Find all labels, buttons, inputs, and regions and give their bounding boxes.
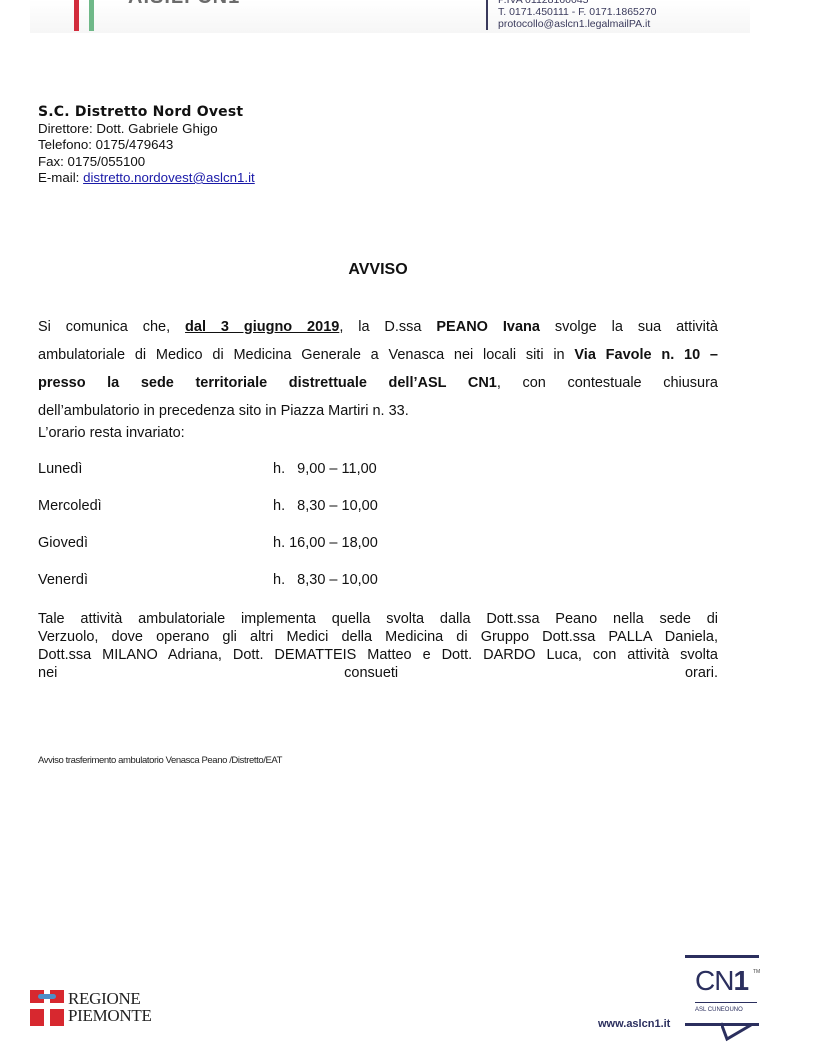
letterhead-pec: protocollo@aslcn1.legalmailPA.it — [498, 18, 656, 30]
piemonte-flag-icon — [30, 990, 64, 1026]
paragraph-line: nei consueti orari. — [38, 664, 718, 682]
cn1-digit: 1 — [733, 965, 748, 996]
paragraph-line: presso la sede territoriale distrettuale… — [38, 369, 718, 397]
paragraph-line: Si comunica che, dal 3 giugno 2019, la D… — [38, 313, 718, 341]
schedule-hours: h. 16,00 – 18,00 — [273, 535, 378, 551]
text-run: , la D.ssa — [339, 319, 436, 335]
district-title: S.C. Distretto Nord Ovest — [38, 104, 255, 121]
trademark-label: TM — [753, 969, 760, 975]
regione-line-1: REGIONE — [68, 990, 152, 1007]
file-reference: Avviso trasferimento ambulatorio Venasca… — [38, 755, 282, 766]
letterhead-phone-fax: T. 0171.450111 - F. 0171.1865270 — [498, 6, 656, 18]
asl-cn1-logo: CN1 TM ASL CUNEOUNO — [685, 955, 765, 1045]
paragraph-line: dell’ambulatorio in precedenza sito in P… — [38, 397, 718, 425]
regione-text: REGIONE PIEMONTE — [68, 990, 152, 1024]
notice-paragraph-1: Si comunica che, dal 3 giugno 2019, la D… — [38, 313, 718, 425]
district-director: Direttore: Dott. Gabriele Ghigo — [38, 121, 255, 138]
district-email-label: E-mail: — [38, 170, 83, 185]
district-phone: Telefono: 0175/479643 — [38, 137, 255, 154]
schedule-hours: h. 8,30 – 10,00 — [273, 572, 378, 588]
asl-logo-icon — [40, 0, 100, 32]
schedule-day: Venerdì — [38, 572, 238, 588]
cn1-mark: CN1 — [695, 965, 748, 997]
speech-tail-icon — [721, 1021, 761, 1043]
text-run: , con contestuale chiusura — [497, 375, 718, 391]
text-run: svolge la sua attività — [540, 319, 718, 335]
text-run: ambulatoriale di Medico di Medicina Gene… — [38, 347, 574, 363]
district-email-link[interactable]: distretto.nordovest@aslcn1.it — [83, 170, 255, 185]
letterhead-contacts: P.IVA 01128160045 T. 0171.450111 - F. 01… — [486, 0, 656, 30]
schedule-hours: h. 9,00 – 11,00 — [273, 461, 377, 477]
regione-line-2: PIEMONTE — [68, 1007, 152, 1024]
website-link[interactable]: www.aslcn1.it — [598, 1018, 670, 1030]
new-location: presso la sede territoriale distrettuale… — [38, 375, 497, 391]
paragraph-line: Tale attività ambulatoriale implementa q… — [38, 610, 718, 628]
effective-date: dal 3 giugno 2019 — [185, 319, 339, 335]
notice-title: AVVISO — [0, 261, 756, 279]
schedule-day: Giovedì — [38, 535, 238, 551]
cn1-letters: CN — [695, 965, 733, 996]
schedule-day: Mercoledì — [38, 498, 238, 514]
district-fax: Fax: 0175/055100 — [38, 154, 255, 171]
schedule-hours: h. 8,30 – 10,00 — [273, 498, 378, 514]
notice-paragraph-2: Tale attività ambulatoriale implementa q… — [38, 610, 718, 682]
new-address: Via Favole n. 10 – — [574, 347, 718, 363]
paragraph-line: ambulatoriale di Medico di Medicina Gene… — [38, 341, 718, 369]
cn1-subtitle: ASL CUNEOUNO — [695, 1007, 743, 1013]
district-email-row: E-mail: distretto.nordovest@aslcn1.it — [38, 170, 255, 187]
schedule-day: Lunedì — [38, 461, 238, 477]
doctor-name: PEANO Ivana — [436, 319, 540, 335]
district-info: S.C. Distretto Nord Ovest Direttore: Dot… — [38, 104, 255, 187]
text-run: Si comunica che, — [38, 319, 185, 335]
paragraph-line: Verzuolo, dove operano gli altri Medici … — [38, 628, 718, 646]
schedule-intro: L’orario resta invariato: — [38, 425, 185, 441]
letterhead-org-name: A.S.L. CN1 — [128, 0, 240, 9]
paragraph-line: Dott.ssa MILANO Adriana, Dott. DEMATTEIS… — [38, 646, 718, 664]
